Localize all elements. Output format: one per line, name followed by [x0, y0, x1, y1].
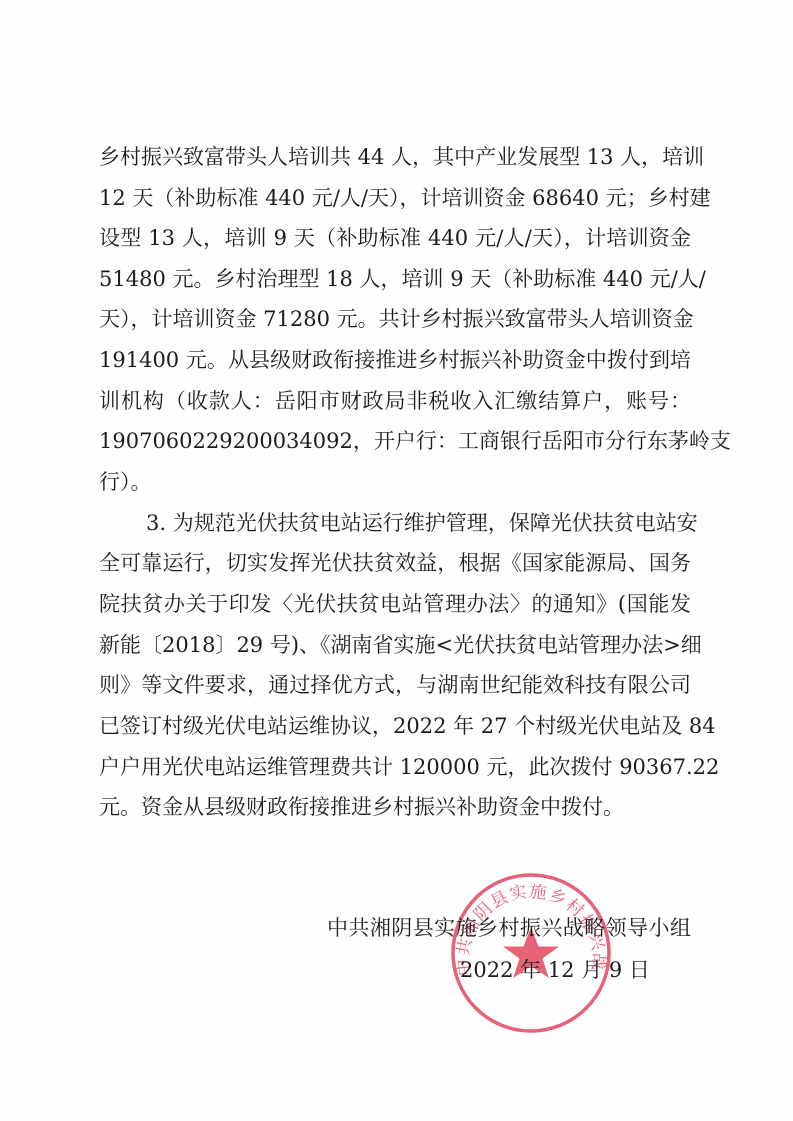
official-seal: 中共湘阴县实施乡村振兴战略领导小组 — [449, 871, 613, 1035]
text-line: 新能〔2018〕29 号)、《湖南省实施<光伏扶贫电站管理办法>细 — [99, 629, 691, 661]
document-page: 乡村振兴致富带头人培训共 44 人，其中产业发展型 13 人，培训 12 天（补… — [0, 0, 793, 1121]
text-line: 行）。 — [99, 466, 691, 498]
text-line: 元。资金从县级财政衔接推进乡村振兴补助资金中拨付。 — [99, 791, 691, 823]
text-line: 3. 为规范光伏扶贫电站运行维护管理，保障光伏扶贫电站安 — [146, 507, 691, 539]
text-line: 51480 元。乡村治理型 18 人，培训 9 天（补助标准 440 元/人/ — [99, 263, 691, 295]
text-line: 1907060229200034092，开户行：工商银行岳阳市分行东茅岭支 — [99, 425, 691, 457]
text-line: 设型 13 人，培训 9 天（补助标准 440 元/人/天），计培训资金 — [99, 222, 691, 254]
text-line: 12 天（补助标准 440 元/人/天），计培训资金 68640 元；乡村建 — [99, 182, 691, 214]
signature-date: 2022 年 12 月 9 日 — [460, 954, 636, 986]
text-line: 191400 元。从县级财政衔接推进乡村振兴补助资金中拨付到培 — [99, 344, 691, 376]
text-line: 训机构（收款人：岳阳市财政局非税收入汇缴结算户，账号： — [99, 385, 691, 417]
text-line: 乡村振兴致富带头人培训共 44 人，其中产业发展型 13 人，培训 — [99, 141, 691, 173]
text-line: 已签订村级光伏电站运维协议，2022 年 27 个村级光伏电站及 84 — [99, 710, 691, 742]
text-line: 则》等文件要求，通过择优方式，与湖南世纪能效科技有限公司 — [99, 669, 691, 701]
text-line: 全可靠运行，切实发挥光伏扶贫效益，根据《国家能源局、国务 — [99, 547, 691, 579]
text-line: 院扶贫办关于印发〈光伏扶贫电站管理办法〉的通知》(国能发 — [99, 588, 691, 620]
text-line: 天），计培训资金 71280 元。共计乡村振兴致富带头人培训资金 — [99, 303, 691, 335]
text-line: 户户用光伏电站运维管理费共计 120000 元，此次拨付 90367.22 — [99, 751, 691, 783]
signature-organization: 中共湘阴县实施乡村振兴战略领导小组 — [327, 912, 691, 944]
